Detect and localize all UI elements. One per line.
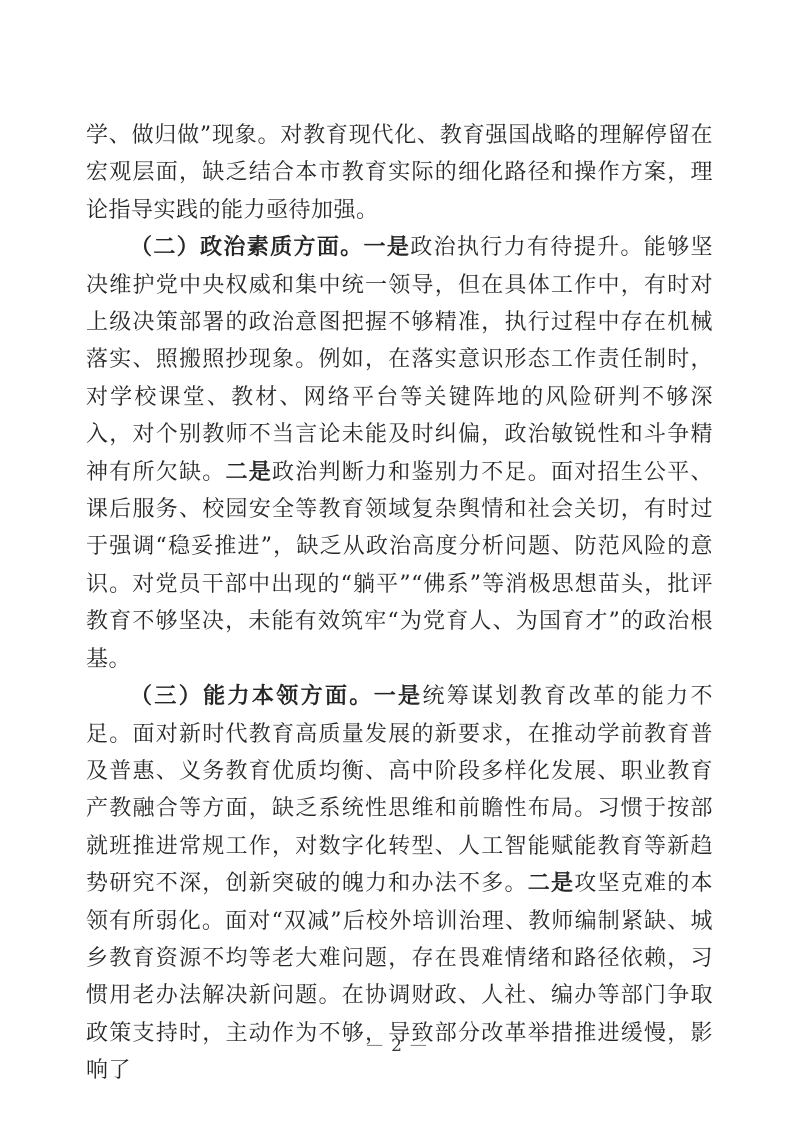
paragraph-section-political-quality: （二）政治素质方面。一是政治执行力有待提升。能够坚决维护党中央权威和集中统一领导… — [86, 229, 713, 678]
page-number: — 2 — — [0, 1036, 793, 1056]
document-body: 学、做归做”现象。对教育现代化、教育强国战略的理解停留在宏观层面，缺乏结合本市教… — [86, 117, 713, 1090]
body-text-run: 学、做归做”现象。对教育现代化、教育强国战略的理解停留在宏观层面，缺乏结合本市教… — [86, 123, 713, 223]
document-page: 学、做归做”现象。对教育现代化、教育强国战略的理解停留在宏观层面，缺乏结合本市教… — [0, 0, 793, 1122]
body-text-run: 政治判断力和鉴别力不足。面对招生公平、课后服务、校园安全等教育领域复杂舆情和社会… — [86, 460, 713, 672]
page-number-left-dash: — — [366, 1035, 383, 1055]
paragraph-section-capability: （三）能力本领方面。一是统筹谋划教育改革的能力不足。面对新时代教育高质量发展的新… — [86, 678, 713, 1089]
point-marker-second: 二是 — [528, 870, 575, 896]
page-number-value: 2 — [391, 1036, 402, 1056]
section-heading-3: （三）能力本领方面。 — [130, 683, 374, 709]
paragraph-continuation: 学、做归做”现象。对教育现代化、教育强国战略的理解停留在宏观层面，缺乏结合本市教… — [86, 117, 713, 229]
point-marker-second: 二是 — [226, 459, 273, 485]
body-text-run: 政治执行力有待提升。能够坚决维护党中央权威和集中统一领导，但在具体工作中，有时对… — [86, 235, 713, 484]
point-marker-first: 一是 — [364, 234, 411, 260]
section-heading-2: （二）政治素质方面。 — [130, 234, 364, 260]
point-marker-first: 一是 — [374, 683, 423, 709]
page-number-right-dash: — — [410, 1035, 427, 1055]
body-text-run: 统筹谋划教育改革的能力不足。面对新时代教育高质量发展的新要求，在推动学前教育普及… — [86, 684, 713, 896]
